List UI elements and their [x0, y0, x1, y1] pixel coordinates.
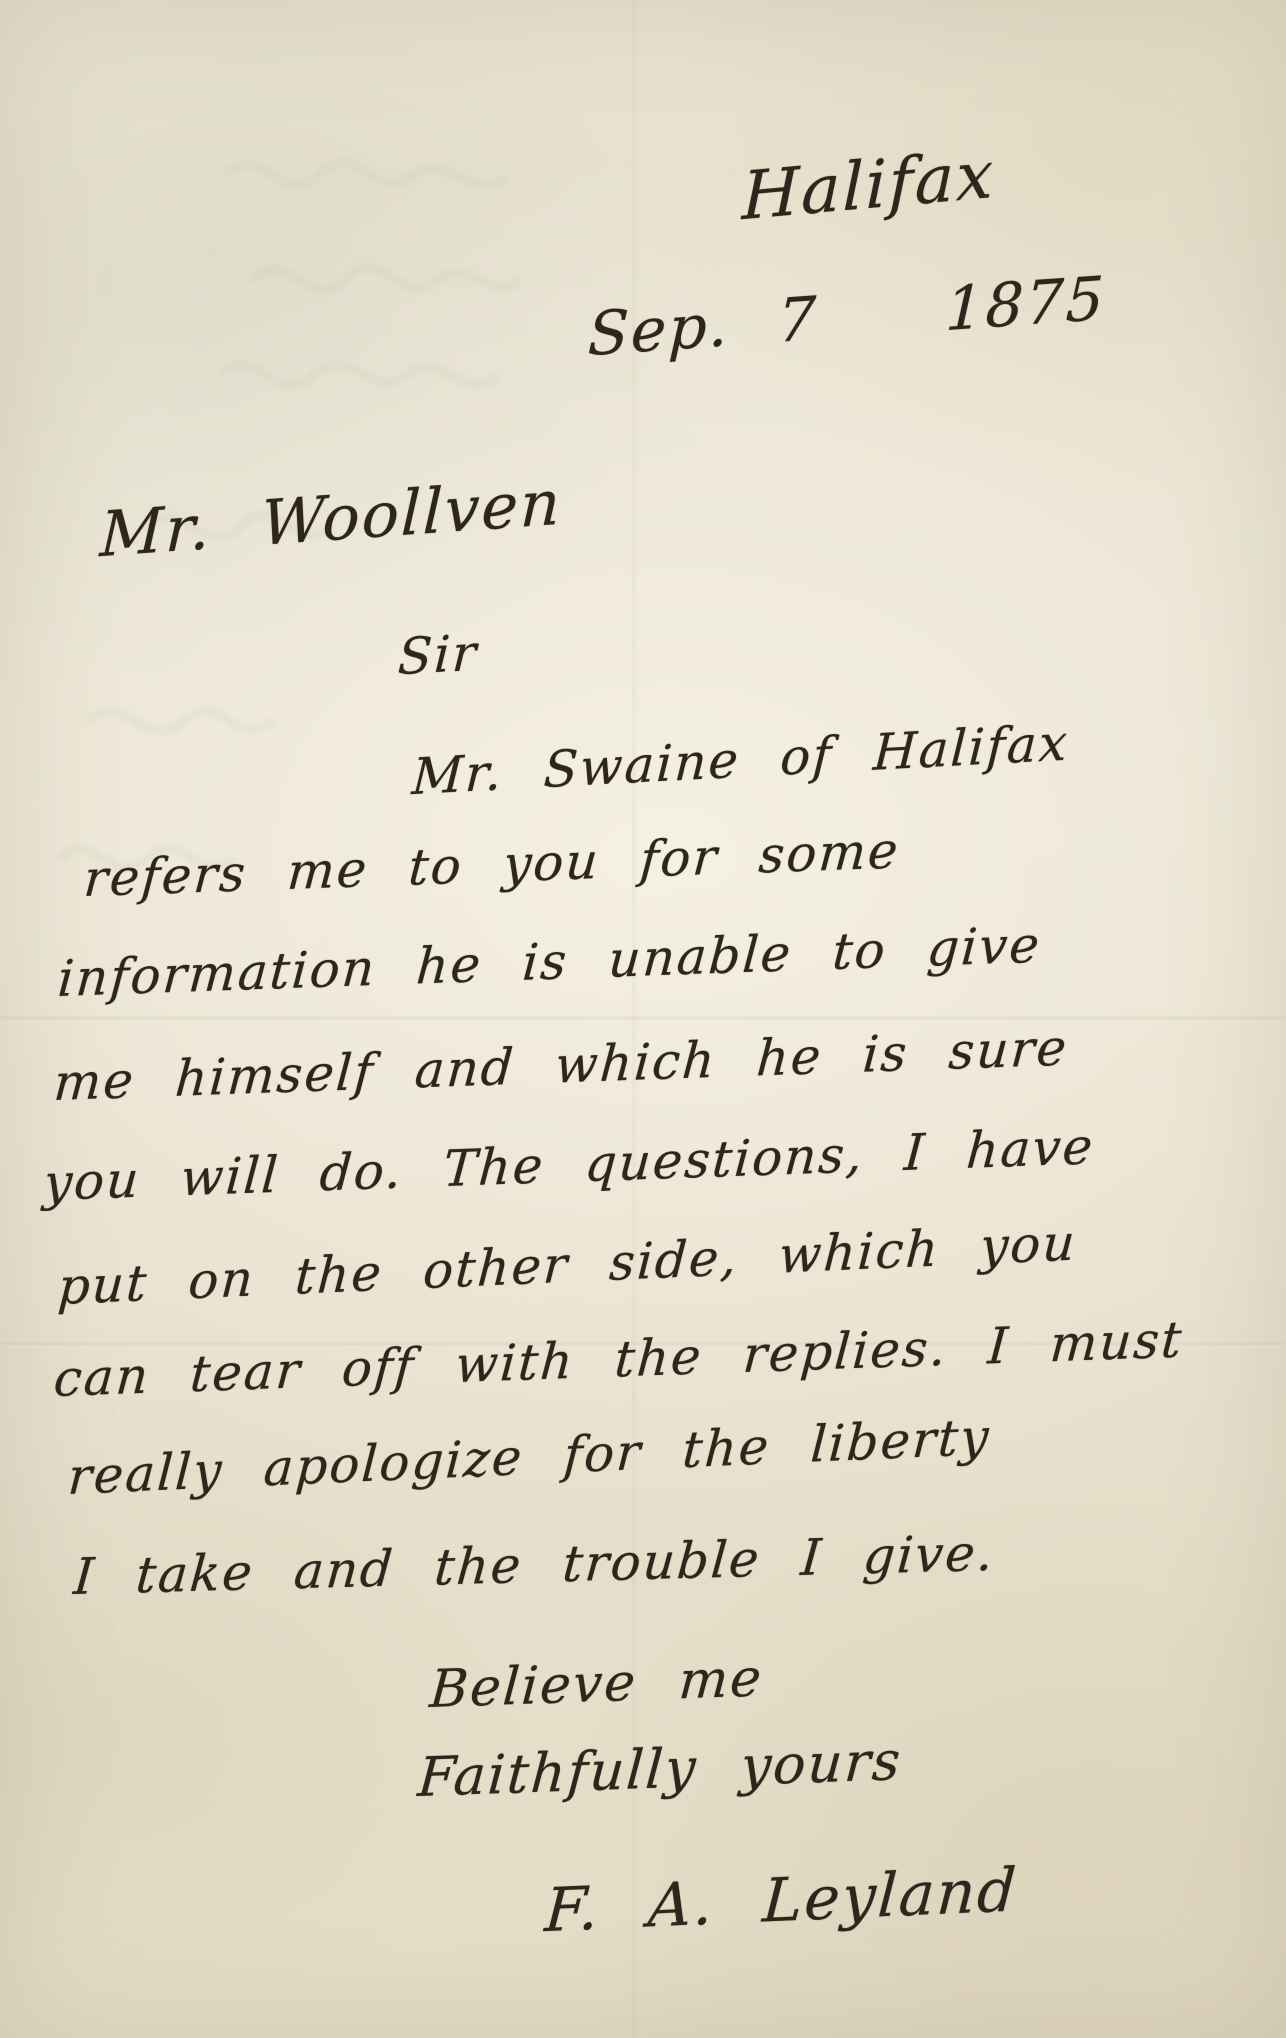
body-line: I take and the trouble I give. — [72, 1524, 997, 1606]
body-line: really apologize for the liberty — [66, 1408, 992, 1506]
signature: F. A. Leyland — [543, 1855, 1020, 1946]
letter-recipient: Mr. Woollven — [99, 466, 564, 572]
letter-place: Halifax — [741, 136, 996, 236]
closing-line: Believe me — [428, 1648, 765, 1720]
letter-year: 1875 — [944, 264, 1107, 346]
letter-page: Halifax Sep. 7 1875 Mr. Woollven Sir Mr.… — [0, 0, 1286, 2038]
body-line: put on the other side, which you — [56, 1213, 1078, 1316]
letter-salutation: Sir — [396, 624, 479, 686]
body-line: can tear off with the replies. I must — [52, 1310, 1185, 1408]
body-line: Mr. Swaine of Halifax — [410, 713, 1070, 806]
horizontal-fold-crease — [0, 1016, 1286, 1021]
letter-dateline: Sep. 7 1875 — [587, 264, 1107, 371]
body-line: refers me to you for some — [82, 821, 902, 908]
letter-date: Sep. 7 — [587, 284, 819, 370]
closing-line: Faithfully yours — [416, 1729, 904, 1809]
body-line: me himself and which he is sure — [52, 1018, 1070, 1112]
body-line: you will do. The questions, I have — [42, 1117, 1096, 1212]
body-line: information he is unable to give — [56, 916, 1043, 1009]
